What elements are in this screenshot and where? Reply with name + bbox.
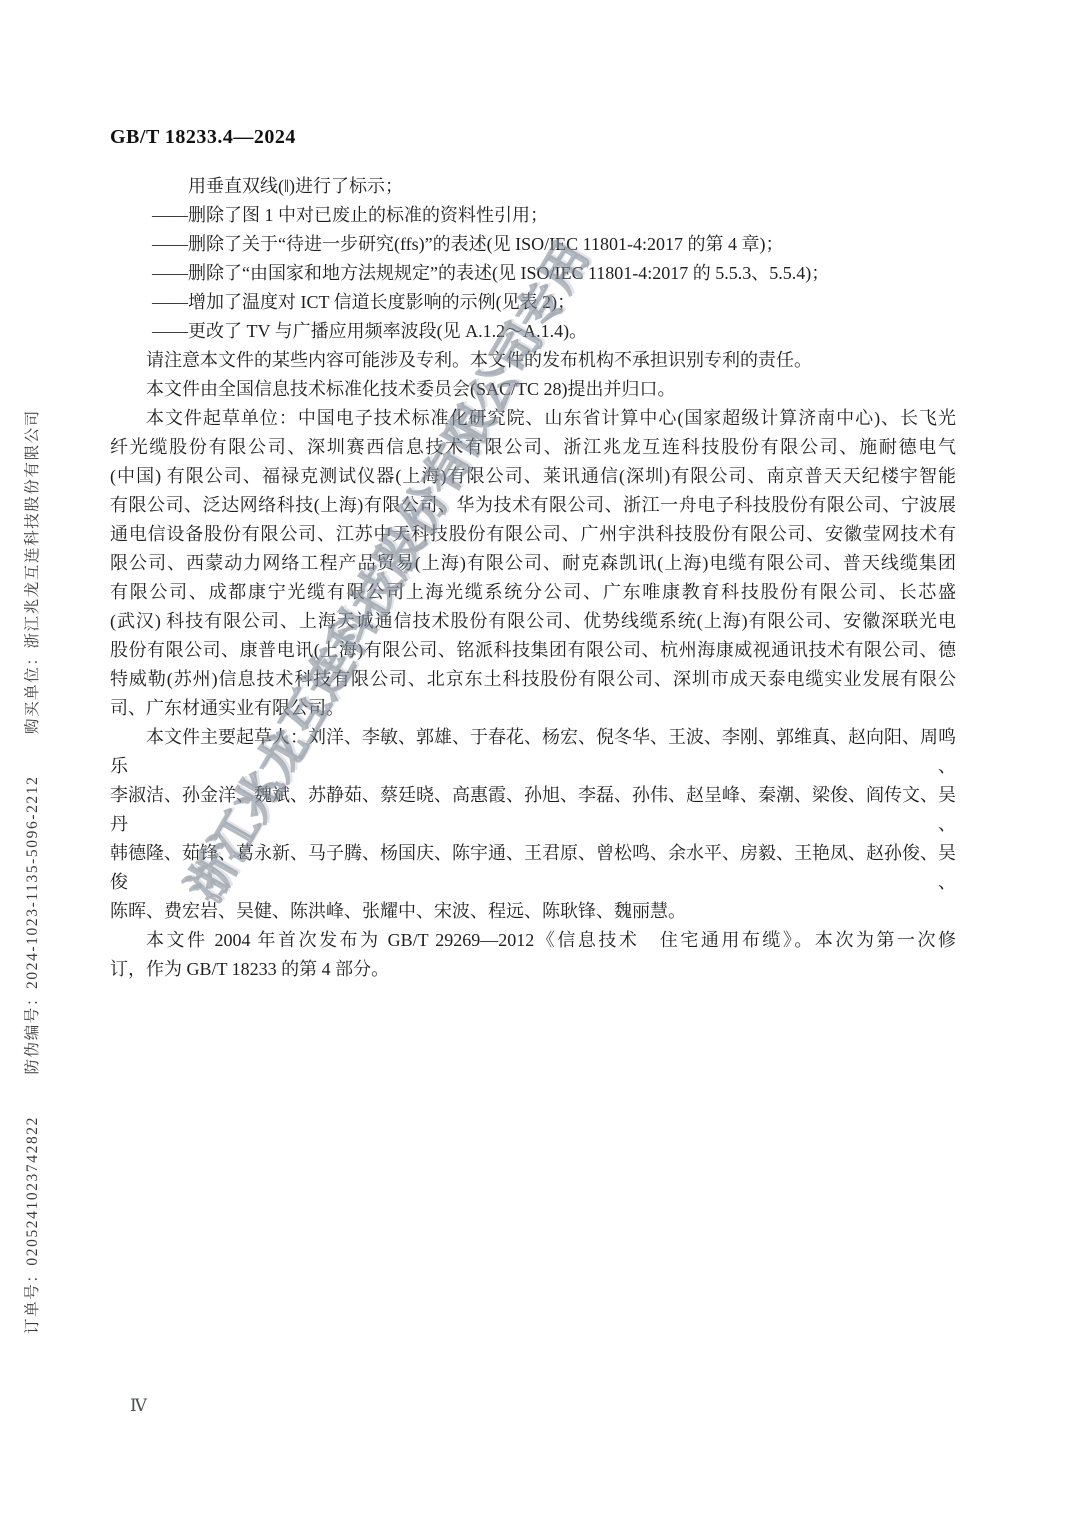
buyer-unit-value: 浙江兆龙互连科技股份有限公司 [24, 409, 41, 648]
foreword-body: 用垂直双线(‖)进行了标示；——删除了图 1 中对已废止的标准的资料性引用；——… [110, 172, 956, 984]
body-line: (中国) 有限公司、福禄克测试仪器(上海)有限公司、莱讯通信(深圳)有限公司、南… [110, 462, 956, 491]
body-line: 本文件 2004 年首次发布为 GB/T 29269—2012《信息技术 住宅通… [110, 926, 956, 955]
body-line: 本文件由全国信息技术标准化技术委员会(SAC/TC 28)提出并归口。 [110, 375, 956, 404]
body-line: 特威勒(苏州)信息技术科技有限公司、北京东土科技股份有限公司、深圳市成天泰电缆实… [110, 665, 956, 694]
body-line: 通电信设备股份有限公司、江苏中天科技股份有限公司、广州宇洪科技股份有限公司、安徽… [110, 520, 956, 549]
document-page: 订单号：0205241023742822 防伪编号：2024-1023-1135… [0, 0, 1080, 1527]
body-line: ——删除了图 1 中对已废止的标准的资料性引用； [110, 201, 956, 230]
body-line: 用垂直双线(‖)进行了标示； [110, 172, 956, 201]
body-line: ——删除了“由国家和地方法规规定”的表述(见 ISO/IEC 11801-4:2… [110, 259, 956, 288]
body-line: (武汉) 科技有限公司、上海天诚通信技术股份有限公司、优势线缆系统(上海)有限公… [110, 607, 956, 636]
body-line: 李淑洁、孙金洋、魏斌、苏静茹、蔡廷晓、高惠霞、孙旭、李磊、孙伟、赵呈峰、秦潮、梁… [110, 781, 956, 839]
body-line: 司、广东材通实业有限公司。 [110, 694, 956, 723]
purchase-info-sidebar: 订单号：0205241023742822 防伪编号：2024-1023-1135… [20, 254, 42, 1334]
body-line: 本文件主要起草人：刘洋、李敏、郭雄、于春花、杨宏、倪冬华、王波、李刚、郭维真、赵… [110, 723, 956, 781]
antifake-number-label: 防伪编号： [24, 989, 41, 1075]
buyer-unit: 购买单位：浙江兆龙互连科技股份有限公司 [24, 409, 41, 734]
body-line: 股份有限公司、康普电讯(上海)有限公司、铭派科技集团有限公司、杭州海康威视通讯技… [110, 636, 956, 665]
order-number-value: 0205241023742822 [24, 1116, 41, 1266]
body-line: 有限公司、成都康宁光缆有限公司上海光缆系统分公司、广东唯康教育科技股份有限公司、… [110, 578, 956, 607]
body-line: 陈晖、费宏岩、吴健、陈洪峰、张耀中、宋波、程远、陈耿锋、魏丽慧。 [110, 897, 956, 926]
body-line: 有限公司、泛达网络科技(上海)有限公司、华为技术有限公司、浙江一舟电子科技股份有… [110, 491, 956, 520]
order-number-label: 订单号： [24, 1266, 41, 1334]
body-line: 纤光缆股份有限公司、深圳赛西信息技术有限公司、浙江兆龙互连科技股份有限公司、施耐… [110, 433, 956, 462]
body-line: ——增加了温度对 ICT 信道长度影响的示例(见表 2)； [110, 288, 956, 317]
body-line: 本文件起草单位：中国电子技术标准化研究院、山东省计算中心(国家超级计算济南中心)… [110, 404, 956, 433]
page-number: Ⅳ [130, 1396, 147, 1416]
body-line: 订，作为 GB/T 18233 的第 4 部分。 [110, 955, 956, 984]
buyer-unit-label: 购买单位： [24, 649, 41, 735]
order-number: 订单号：0205241023742822 [24, 1116, 41, 1334]
body-line: 限公司、西蒙动力网络工程产品贸易(上海)有限公司、耐克森凯讯(上海)电缆有限公司… [110, 549, 956, 578]
body-line: 韩德隆、茹锋、葛永新、马子腾、杨国庆、陈宇通、王君原、曾松鸣、余水平、房毅、王艳… [110, 839, 956, 897]
body-line: ——更改了 TV 与广播应用频率波段(见 A.1.2～A.1.4)。 [110, 317, 956, 346]
body-line: ——删除了关于“待进一步研究(ffs)”的表述(见 ISO/IEC 11801-… [110, 230, 956, 259]
antifake-number: 防伪编号：2024-1023-1135-5096-2212 [24, 776, 41, 1075]
antifake-number-value: 2024-1023-1135-5096-2212 [24, 776, 41, 989]
body-line: 请注意本文件的某些内容可能涉及专利。本文件的发布机构不承担识别专利的责任。 [110, 346, 956, 375]
standard-code: GB/T 18233.4—2024 [110, 126, 296, 149]
